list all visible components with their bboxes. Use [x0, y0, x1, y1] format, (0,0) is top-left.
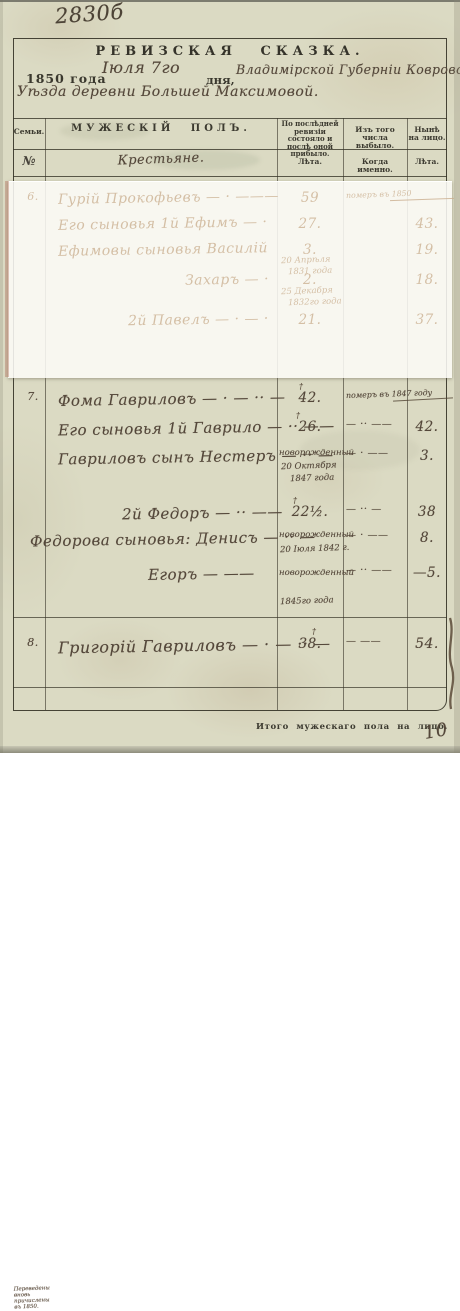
grid-line [13, 176, 447, 177]
age-current: 18. [407, 272, 447, 288]
archive-number: 2830б [54, 0, 124, 28]
ditto-dashes: — ·· —— [346, 565, 406, 576]
total-value: 10 [422, 719, 449, 744]
village-handwritten: Уѣзда деревни Большей Максимовой. [17, 84, 319, 100]
total-label: Итого мужескаго пола на лицо. [256, 722, 448, 732]
ditto-dashes: — ·· — [346, 504, 406, 515]
header-years-a: Лѣта. [279, 158, 341, 166]
revision-list-scan: 2830б РЕВИЗСКАЯ СКАЗКА. 1850 года Іюля 7… [0, 0, 460, 753]
age-current: 43. [407, 216, 447, 232]
page-left-edge [0, 0, 3, 753]
header-last-revision: По послѣдней ревизіи состояло и послѣ он… [279, 120, 341, 158]
header-years-b: Лѣта. [408, 158, 446, 166]
family-number: 6. [22, 190, 44, 203]
grid-line [13, 617, 447, 618]
age-current: 8. [407, 530, 447, 546]
family-number: 8. [22, 636, 44, 649]
photo-top-edge [0, 0, 460, 2]
ditto-dashes: — · —— [346, 530, 406, 541]
age-current: 54. [407, 636, 447, 652]
page-right-edge [454, 0, 460, 753]
page-title: РЕВИЗСКАЯ СКАЗКА. [13, 44, 447, 59]
age-last-revision: 22½. [277, 504, 343, 520]
death-cross-mark: † [312, 627, 324, 636]
photo-bottom-edge [0, 746, 460, 753]
ditto-dashes: — · —— [346, 448, 406, 459]
newborn-note: новорожденный [279, 448, 345, 458]
page-edge-under-strip [5, 181, 9, 377]
age-current: 19. [407, 242, 447, 258]
age-current: 37. [407, 312, 447, 328]
age-current: 38 [407, 504, 447, 520]
age-last-revision: 38. [277, 636, 343, 652]
age-last-revision: 21. [277, 312, 343, 328]
age-current: 3. [407, 448, 447, 464]
header-male-sex: МУЖЕСКІЙ ПОЛЪ. [45, 125, 277, 133]
newborn-note: новорожденный [279, 530, 345, 540]
person-name: Захаръ — · [185, 271, 269, 288]
person-name: 2й Федоръ — ·· —— [122, 503, 283, 524]
header-present: Нынѣ на лицо. [408, 126, 446, 142]
header-number-sign: № [13, 154, 45, 168]
age-last-revision: 27. [277, 216, 343, 232]
province-handwritten: Владимірской Губерніи Ковровскаго [236, 63, 460, 78]
header-family: Семьи. [13, 128, 45, 136]
age-last-revision: 59 [277, 190, 343, 206]
age-current: —5. [407, 565, 447, 581]
grid-line [13, 118, 447, 119]
person-name: 2й Павелъ — · — · [128, 311, 269, 329]
date-handwritten: Іюля 7го [102, 58, 180, 77]
header-departed: Изъ того числа выбыло. [344, 126, 406, 150]
age-last-revision: 26. [277, 419, 343, 435]
ditto-dashes: — —— [346, 636, 406, 647]
age-last-revision: 42. [277, 390, 343, 406]
grid-line [13, 687, 447, 688]
header-when: Когда именно. [344, 158, 406, 174]
age-current: 42. [407, 419, 447, 435]
ditto-dashes: — ·· —— [346, 419, 406, 430]
newborn-note: новорожденный [279, 568, 345, 578]
person-name: Егоръ — —— [148, 564, 255, 584]
family-number: 7. [22, 390, 44, 403]
